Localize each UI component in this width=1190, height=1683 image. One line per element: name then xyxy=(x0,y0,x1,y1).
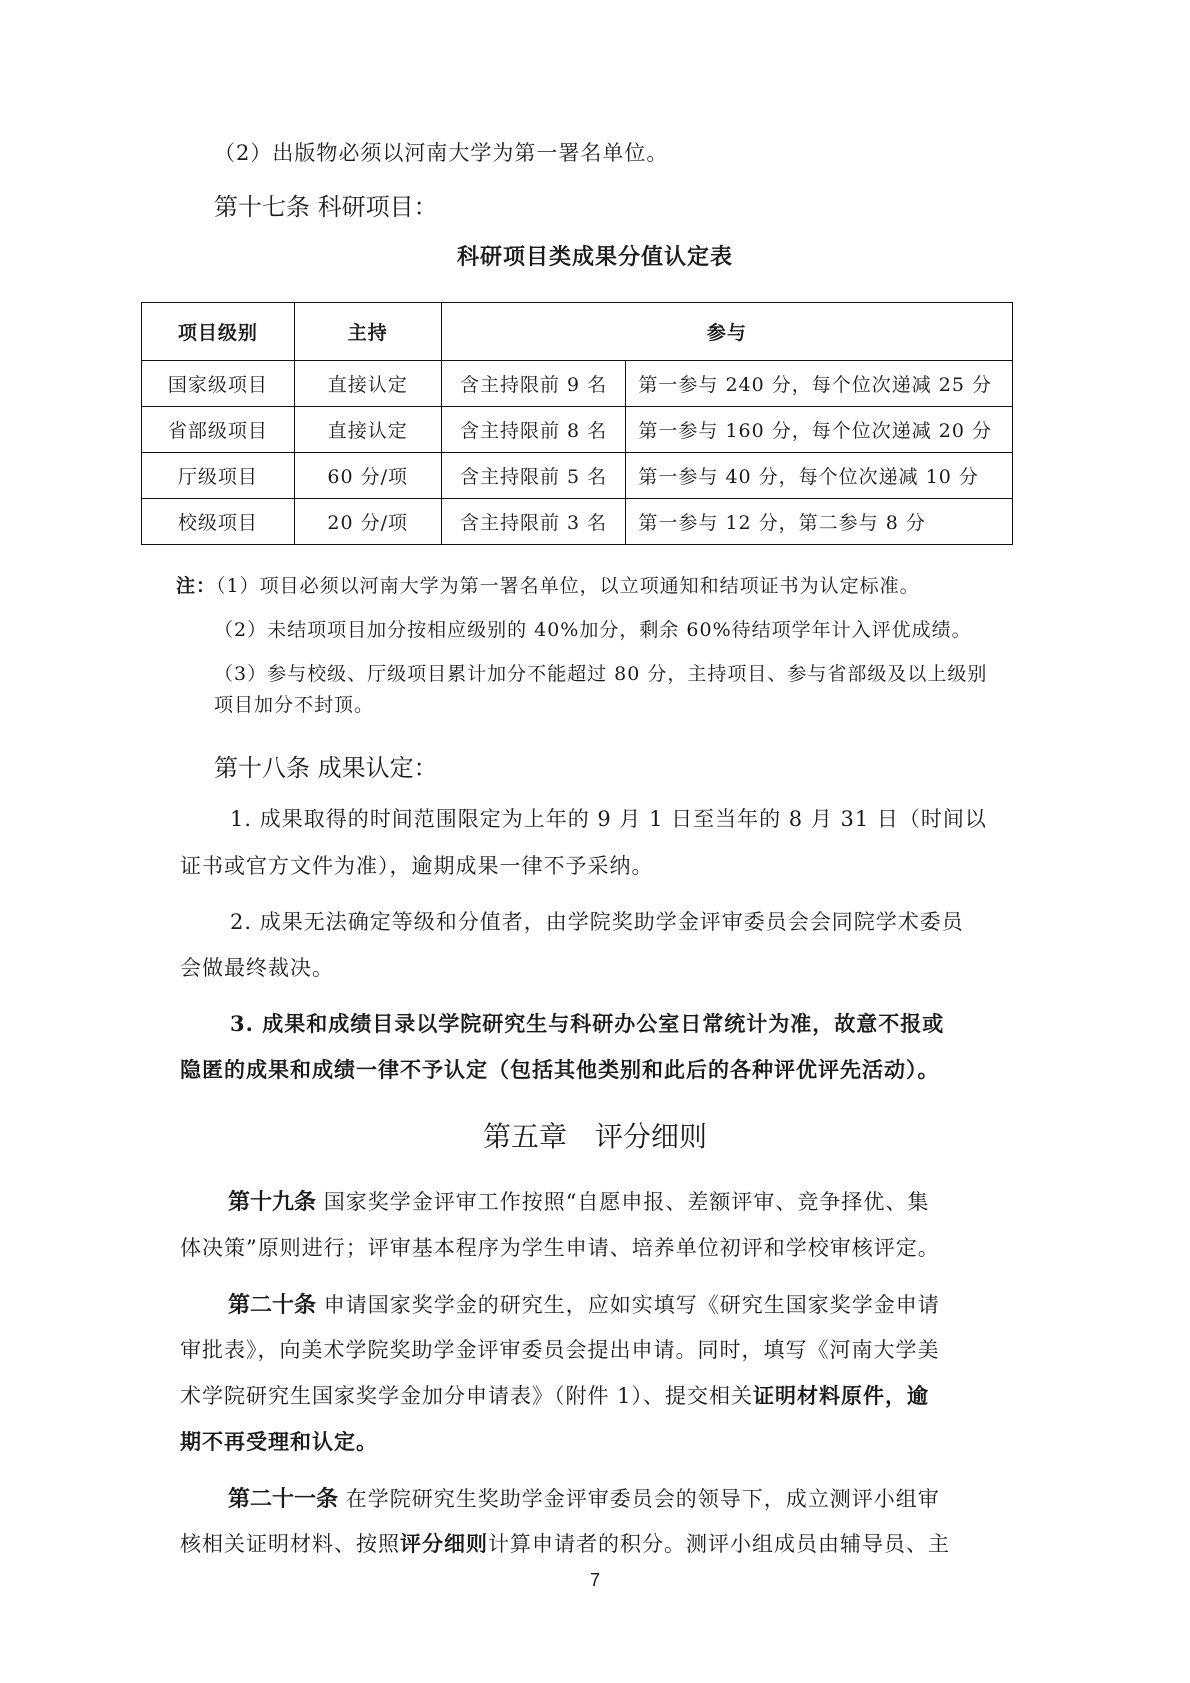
article-20-line-1: 第二十条 申请国家奖学金的研究生，应如实填写《研究生国家奖学金申请 xyxy=(228,1288,940,1319)
cell-participate: 第一参与 40 分，每个位次递减 10 分 xyxy=(626,453,1013,499)
notes-label: 注： xyxy=(176,575,216,597)
cell-participate: 第一参与 160 分，每个位次递减 20 分 xyxy=(626,407,1013,453)
cell-level: 省部级项目 xyxy=(142,407,295,453)
cell-host: 60 分/项 xyxy=(294,453,441,499)
table-notes: 注：（1）项目必须以河南大学为第一署名单位，以立项通知和结项证书为认定标准。 xyxy=(176,571,920,598)
cell-level: 厅级项目 xyxy=(142,453,295,499)
publication-note-2: （2）出版物必须以河南大学为第一署名单位。 xyxy=(214,137,668,167)
note-item-2: （2）未结项项目加分按相应级别的 40%加分，剩余 60%待结项学年计入评优成绩… xyxy=(214,615,972,642)
table-row: 厅级项目 60 分/项 含主持限前 5 名 第一参与 40 分，每个位次递减 1… xyxy=(142,453,1013,499)
article-20-label: 第二十条 xyxy=(228,1293,316,1318)
article-21-line-1: 第二十一条 在学院研究生奖助学金评审委员会的领导下，成立测评小组审 xyxy=(228,1482,940,1513)
note-item-3: （3）参与校级、厅级项目累计加分不能超过 80 分，主持项目、参与省部级及以上级… xyxy=(214,659,987,686)
article-18-item-2-line-2: 会做最终裁决。 xyxy=(180,952,334,982)
article-18-item-1-line-2: 证书或官方文件为准），逾期成果一律不予采纳。 xyxy=(180,850,654,880)
cell-participate: 第一参与 240 分，每个位次递减 25 分 xyxy=(626,361,1013,407)
article-17-heading: 第十七条 科研项目： xyxy=(214,187,438,222)
header-host: 主持 xyxy=(294,303,441,361)
table-header-row: 项目级别 主持 参与 xyxy=(142,303,1013,361)
article-18-item-3-line-2: 隐匿的成果和成绩一律不予认定（包括其他类别和此后的各种评优评先活动）。 xyxy=(180,1054,940,1084)
article-18-item-3-line-1: 3. 成果和成绩目录以学院研究生与科研办公室日常统计为准，故意不报或 xyxy=(230,1008,944,1038)
article-21-label: 第二十一条 xyxy=(228,1487,338,1512)
article-19-line-2: 体决策”原则进行；评审基本程序为学生申请、培养单位初评和学校审核评定。 xyxy=(180,1232,940,1262)
cell-participate: 第一参与 12 分，第二参与 8 分 xyxy=(626,499,1013,545)
article-18-item-1-line-1: 1. 成果取得的时间范围限定为上年的 9 月 1 日至当年的 8 月 31 日（… xyxy=(230,803,987,833)
cell-host: 直接认定 xyxy=(294,361,441,407)
research-project-score-table: 项目级别 主持 参与 国家级项目 直接认定 含主持限前 9 名 第一参与 240… xyxy=(141,302,1013,545)
cell-level: 国家级项目 xyxy=(142,361,295,407)
article-19-label: 第十九条 xyxy=(228,1190,316,1215)
table-row: 校级项目 20 分/项 含主持限前 3 名 第一参与 12 分，第二参与 8 分 xyxy=(142,499,1013,545)
article-21-line-2: 核相关证明材料、按照评分细则计算申请者的积分。测评小组成员由辅导员、主 xyxy=(180,1528,950,1558)
header-participate: 参与 xyxy=(441,303,1012,361)
cell-host: 20 分/项 xyxy=(294,499,441,545)
cell-limit: 含主持限前 8 名 xyxy=(441,407,626,453)
article-18-item-2-line-1: 2. 成果无法确定等级和分值者，由学院奖助学金评审委员会会同院学术委员 xyxy=(230,906,964,936)
cell-limit: 含主持限前 5 名 xyxy=(441,453,626,499)
table-title: 科研项目类成果分值认定表 xyxy=(0,240,1190,271)
cell-level: 校级项目 xyxy=(142,499,295,545)
article-18-heading: 第十八条 成果认定： xyxy=(214,748,438,783)
cell-limit: 含主持限前 9 名 xyxy=(441,361,626,407)
header-level: 项目级别 xyxy=(142,303,295,361)
article-20-line-2: 审批表》，向美术学院奖助学金评审委员会提出申请。同时，填写《河南大学美 xyxy=(180,1334,940,1364)
cell-host: 直接认定 xyxy=(294,407,441,453)
article-19-line-1: 第十九条 国家奖学金评审工作按照“自愿申报、差额评审、竞争择优、集 xyxy=(228,1185,929,1216)
page-number: 7 xyxy=(0,1570,1190,1591)
note-item-1: （1）项目必须以河南大学为第一署名单位，以立项通知和结项证书为认定标准。 xyxy=(216,575,920,597)
article-20-line-3: 术学院研究生国家奖学金加分申请表》（附件 1）、提交相关证明材料原件，逾 xyxy=(180,1380,929,1410)
cell-limit: 含主持限前 3 名 xyxy=(441,499,626,545)
chapter-5-title: 第五章 评分细则 xyxy=(0,1115,1190,1155)
table-row: 国家级项目 直接认定 含主持限前 9 名 第一参与 240 分，每个位次递减 2… xyxy=(142,361,1013,407)
note-item-3-cont: 项目加分不封顶。 xyxy=(214,690,374,717)
table-row: 省部级项目 直接认定 含主持限前 8 名 第一参与 160 分，每个位次递减 2… xyxy=(142,407,1013,453)
article-20-line-4: 期不再受理和认定。 xyxy=(180,1426,378,1456)
